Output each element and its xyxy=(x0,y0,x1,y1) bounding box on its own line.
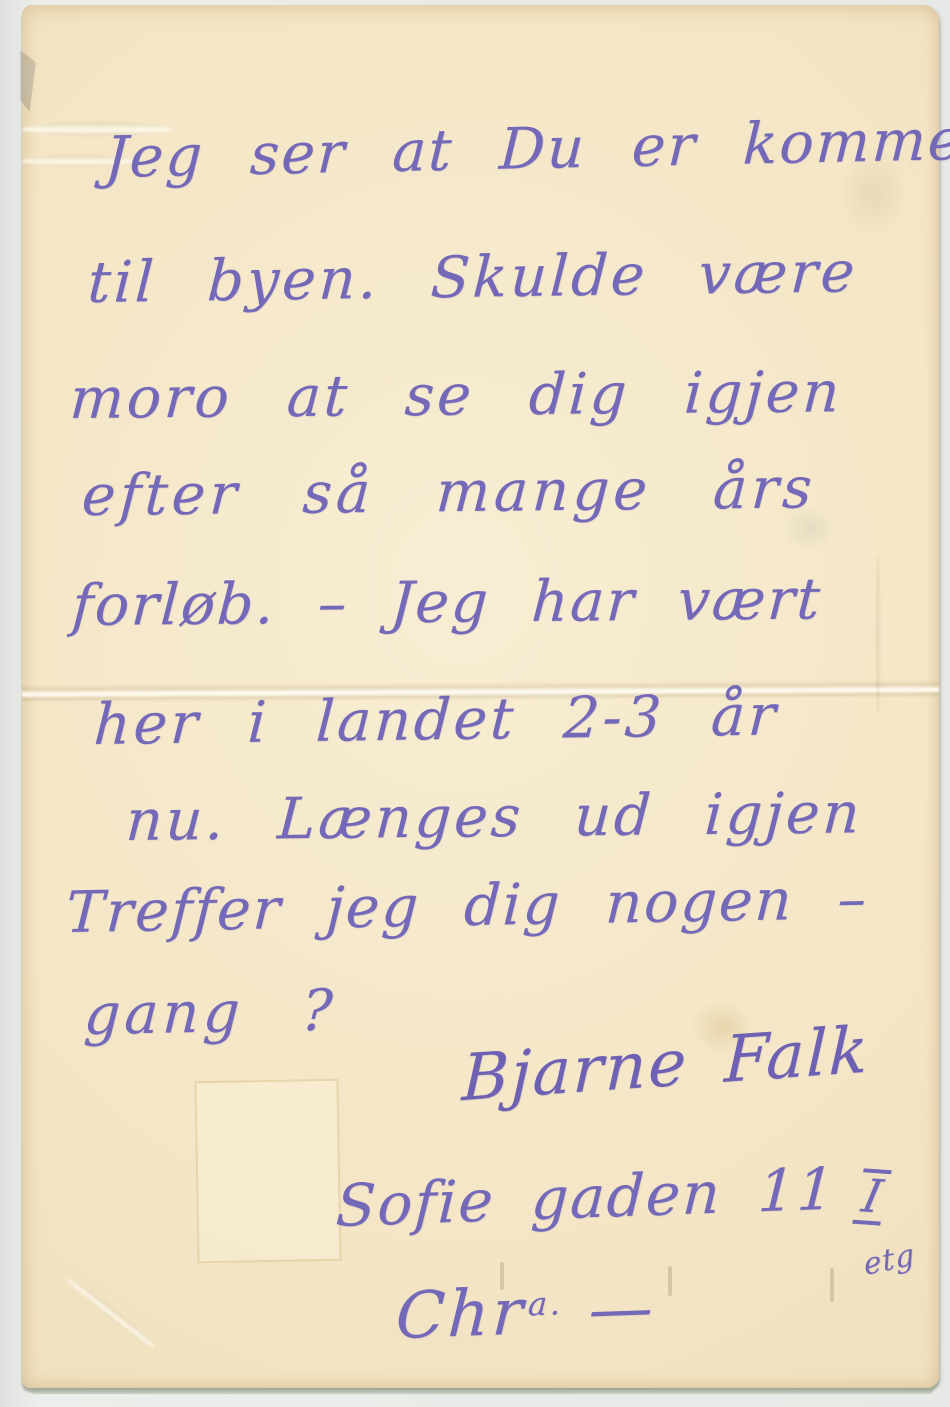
handwriting-line-8: Treffer jeg dig nogen – xyxy=(64,866,870,946)
address-city: Chra.— xyxy=(394,1271,658,1354)
right-side-crease xyxy=(876,555,880,715)
city-superscript: a. xyxy=(527,1285,564,1324)
handwriting-line-2: til byen. Skulde være xyxy=(86,239,859,316)
paper-bottom-edge-shadow xyxy=(30,1388,933,1394)
handwriting-line-6: her i landet 2-3 år xyxy=(92,682,780,758)
stamp-show-through-outline xyxy=(194,1079,341,1263)
city-trailing-dash: — xyxy=(587,1271,658,1348)
handwriting-line-3: moro at se dig igjen xyxy=(68,359,844,432)
scanned-postcard-image: { "scan": { "background_color": "#e9ebe8… xyxy=(0,0,950,1407)
handwriting-line-9: gang ? xyxy=(82,978,338,1048)
ink-show-through-mark xyxy=(830,1268,834,1302)
handwriting-line-5: forløb. – Jeg har vært xyxy=(70,566,824,639)
ink-show-through-mark xyxy=(668,1266,672,1296)
handwriting-line-4: efter så mange års xyxy=(80,455,818,529)
handwriting-line-7: nu. Længes ud igjen xyxy=(124,780,864,854)
city-abbreviation: Chr xyxy=(394,1275,528,1354)
